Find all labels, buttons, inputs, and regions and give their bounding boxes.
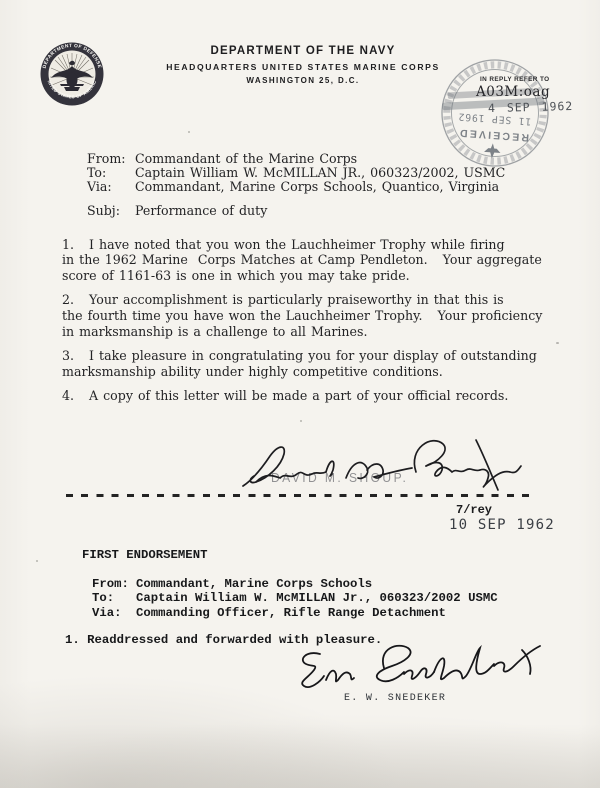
subject-row: Subj:Performance of duty	[62, 204, 578, 218]
stamp-received-text: RECEIVED	[457, 126, 529, 143]
letter-body: From:Commandant of the Marine Corps To:C…	[62, 152, 578, 404]
endorsement-to-label: To:	[92, 591, 136, 606]
scan-speck	[188, 131, 190, 133]
scan-speck	[36, 560, 38, 562]
endorsement-via-row: Via:Commanding Officer, Rifle Range Deta…	[92, 606, 572, 621]
via-label: Via:	[87, 180, 135, 194]
from-value: Commandant of the Marine Corps	[135, 151, 357, 166]
paragraph-2: 2. Your accomplishment is particularly p…	[62, 292, 578, 339]
to-label: To:	[87, 166, 135, 180]
signature-shoup	[240, 428, 525, 494]
ref-code-7rey: 7/rey	[456, 503, 492, 517]
date-stamp-10sep: 10 SEP 1962	[449, 517, 555, 533]
endorsement-from-label: From:	[92, 577, 136, 592]
paragraph-3: 3. I take pleasure in congratulating you…	[62, 348, 578, 379]
endorsement-from-value: Commandant, Marine Corps Schools	[136, 577, 372, 591]
from-label: From:	[87, 152, 135, 166]
snedeker-typed-name: E. W. SNEDEKER	[344, 693, 446, 704]
paragraph-1: 1. I have noted that you won the Lauchhe…	[62, 237, 578, 284]
reply-ref-code: A03M:oag	[476, 84, 550, 100]
endorsement-title: FIRST ENDORSEMENT	[62, 548, 572, 563]
via-value: Commandant, Marine Corps Schools, Quanti…	[135, 179, 499, 194]
subject-value: Performance of duty	[135, 203, 267, 218]
in-reply-refer-label: IN REPLY REFER TO	[480, 76, 550, 83]
paragraph-4: 4. A copy of this letter will be made a …	[62, 388, 578, 404]
endorsement-to-row: To:Captain William W. McMILLAN Jr., 0603…	[92, 591, 572, 606]
endorsement-address-block: From:Commandant, Marine Corps Schools To…	[62, 577, 572, 621]
scan-speck	[300, 420, 302, 422]
signature-snedeker	[292, 640, 544, 694]
scan-speck	[556, 342, 559, 344]
endorsement-via-label: Via:	[92, 606, 136, 621]
endorsement-section: FIRST ENDORSEMENT From:Commandant, Marin…	[62, 548, 572, 648]
endorsement-from-row: From:Commandant, Marine Corps Schools	[92, 577, 572, 592]
endorsement-via-value: Commanding Officer, Rifle Range Detachme…	[136, 606, 446, 620]
via-row: Via:Commandant, Marine Corps Schools, Qu…	[62, 180, 578, 194]
subject-label: Subj:	[87, 204, 135, 218]
dashed-separator	[66, 494, 529, 497]
endorsement-to-value: Captain William W. McMILLAN Jr., 060323/…	[136, 591, 498, 605]
scanned-letter-page: DEPARTMENT OF DEFENSE UNITED STATES OF A…	[0, 0, 600, 788]
date-stamp-4sep: 4 SEP 1962	[488, 99, 574, 115]
